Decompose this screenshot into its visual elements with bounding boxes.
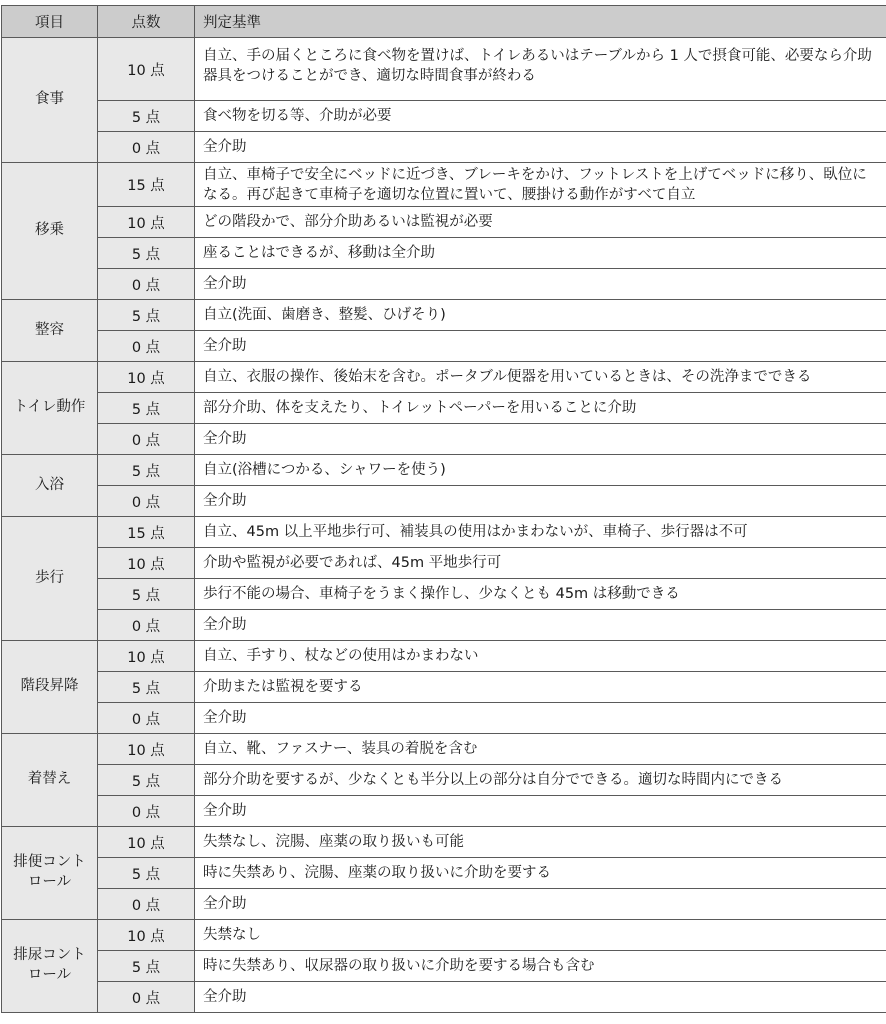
score-cell: 0 点 bbox=[98, 796, 195, 827]
item-label: 入浴 bbox=[35, 477, 64, 493]
item-label: 移乗 bbox=[35, 222, 64, 238]
criteria-cell: 自立(洗面、歯磨き、整髪、ひげそり) bbox=[195, 300, 886, 331]
table-row: 0 点全介助 bbox=[2, 703, 886, 734]
table-body: 食事10 点自立、手の届くところに食べ物を置けば、トイレあるいはテーブルから 1… bbox=[2, 38, 886, 1013]
criteria-cell: 全介助 bbox=[195, 486, 886, 517]
criteria-cell: 全介助 bbox=[195, 982, 886, 1013]
table-row: 5 点介助または監視を要する bbox=[2, 672, 886, 703]
header-score: 点数 bbox=[98, 6, 195, 38]
criteria-cell: 介助または監視を要する bbox=[195, 672, 886, 703]
score-cell: 10 点 bbox=[98, 920, 195, 951]
table-row: 排便コントロール10 点失禁なし、浣腸、座薬の取り扱いも可能 bbox=[2, 827, 886, 858]
score-cell: 5 点 bbox=[98, 765, 195, 796]
table-row: 階段昇降10 点自立、手すり、杖などの使用はかまわない bbox=[2, 641, 886, 672]
criteria-cell: 自立、45m 以上平地歩行可、補装具の使用はかまわないが、車椅子、歩行器は不可 bbox=[195, 517, 886, 548]
criteria-cell: 部分介助、体を支えたり、トイレットペーパーを用いることに介助 bbox=[195, 393, 886, 424]
table-row: 5 点時に失禁あり、収尿器の取り扱いに介助を要する場合も含む bbox=[2, 951, 886, 982]
item-cell: 着替え bbox=[2, 734, 98, 827]
criteria-cell: 自立(浴槽につかる、シャワーを使う) bbox=[195, 455, 886, 486]
score-cell: 10 点 bbox=[98, 734, 195, 765]
score-cell: 5 点 bbox=[98, 672, 195, 703]
criteria-cell: 失禁なし、浣腸、座薬の取り扱いも可能 bbox=[195, 827, 886, 858]
criteria-cell: 時に失禁あり、収尿器の取り扱いに介助を要する場合も含む bbox=[195, 951, 886, 982]
table-row: 歩行15 点自立、45m 以上平地歩行可、補装具の使用はかまわないが、車椅子、歩… bbox=[2, 517, 886, 548]
item-label: 階段昇降 bbox=[21, 678, 79, 694]
table-row: 0 点全介助 bbox=[2, 610, 886, 641]
score-cell: 0 点 bbox=[98, 889, 195, 920]
table-row: 5 点食べ物を切る等、介助が必要 bbox=[2, 101, 886, 132]
score-cell: 10 点 bbox=[98, 362, 195, 393]
table-row: 5 点時に失禁あり、浣腸、座薬の取り扱いに介助を要する bbox=[2, 858, 886, 889]
table-row: 10 点介助や監視が必要であれば、45m 平地歩行可 bbox=[2, 548, 886, 579]
criteria-cell: 自立、手の届くところに食べ物を置けば、トイレあるいはテーブルから 1 人で摂食可… bbox=[195, 38, 886, 101]
score-cell: 5 点 bbox=[98, 393, 195, 424]
table-row: トイレ動作10 点自立、衣服の操作、後始末を含む。ポータブル便器を用いているとき… bbox=[2, 362, 886, 393]
score-cell: 5 点 bbox=[98, 858, 195, 889]
score-cell: 0 点 bbox=[98, 269, 195, 300]
barthel-index-table: 項目 点数 判定基準 食事10 点自立、手の届くところに食べ物を置けば、トイレあ… bbox=[1, 5, 886, 1013]
criteria-cell: 全介助 bbox=[195, 703, 886, 734]
table-row: 整容5 点自立(洗面、歯磨き、整髪、ひげそり) bbox=[2, 300, 886, 331]
criteria-cell: 全介助 bbox=[195, 796, 886, 827]
criteria-cell: 全介助 bbox=[195, 424, 886, 455]
score-cell: 5 点 bbox=[98, 951, 195, 982]
item-label: 整容 bbox=[35, 322, 64, 338]
table-row: 0 点全介助 bbox=[2, 132, 886, 163]
criteria-cell: 自立、車椅子で安全にベッドに近づき、ブレーキをかけ、フットレストを上げてベッドに… bbox=[195, 163, 886, 207]
score-cell: 15 点 bbox=[98, 517, 195, 548]
score-cell: 0 点 bbox=[98, 982, 195, 1013]
header-row: 項目 点数 判定基準 bbox=[2, 6, 886, 38]
item-cell: 排便コントロール bbox=[2, 827, 98, 920]
score-cell: 5 点 bbox=[98, 300, 195, 331]
criteria-cell: 全介助 bbox=[195, 889, 886, 920]
score-cell: 5 点 bbox=[98, 101, 195, 132]
table-row: 移乗15 点自立、車椅子で安全にベッドに近づき、ブレーキをかけ、フットレストを上… bbox=[2, 163, 886, 207]
score-cell: 5 点 bbox=[98, 455, 195, 486]
item-label: 食事 bbox=[35, 91, 64, 107]
table-row: 0 点全介助 bbox=[2, 889, 886, 920]
item-label: トイレ動作 bbox=[14, 399, 86, 415]
table-row: 0 点全介助 bbox=[2, 269, 886, 300]
criteria-cell: 時に失禁あり、浣腸、座薬の取り扱いに介助を要する bbox=[195, 858, 886, 889]
score-cell: 0 点 bbox=[98, 486, 195, 517]
table-row: 5 点座ることはできるが、移動は全介助 bbox=[2, 238, 886, 269]
item-cell: 整容 bbox=[2, 300, 98, 362]
item-cell: トイレ動作 bbox=[2, 362, 98, 455]
item-cell: 歩行 bbox=[2, 517, 98, 641]
table-row: 10 点どの階段かで、部分介助あるいは監視が必要 bbox=[2, 207, 886, 238]
table-row: 0 点全介助 bbox=[2, 331, 886, 362]
score-cell: 5 点 bbox=[98, 579, 195, 610]
table-row: 排尿コントロール10 点失禁なし bbox=[2, 920, 886, 951]
criteria-cell: 全介助 bbox=[195, 331, 886, 362]
criteria-cell: 全介助 bbox=[195, 269, 886, 300]
score-cell: 0 点 bbox=[98, 703, 195, 734]
score-cell: 0 点 bbox=[98, 331, 195, 362]
score-cell: 15 点 bbox=[98, 163, 195, 207]
criteria-cell: 食べ物を切る等、介助が必要 bbox=[195, 101, 886, 132]
criteria-cell: 自立、衣服の操作、後始末を含む。ポータブル便器を用いているときは、その洗浄までで… bbox=[195, 362, 886, 393]
item-label-line: 排尿コント bbox=[2, 946, 97, 966]
criteria-cell: 部分介助を要するが、少なくとも半分以上の部分は自分でできる。適切な時間内にできる bbox=[195, 765, 886, 796]
table-row: 着替え10 点自立、靴、ファスナー、装具の着脱を含む bbox=[2, 734, 886, 765]
table-row: 0 点全介助 bbox=[2, 982, 886, 1013]
item-label: 着替え bbox=[28, 771, 72, 787]
criteria-cell: 介助や監視が必要であれば、45m 平地歩行可 bbox=[195, 548, 886, 579]
item-cell: 入浴 bbox=[2, 455, 98, 517]
criteria-cell: 全介助 bbox=[195, 610, 886, 641]
score-cell: 10 点 bbox=[98, 548, 195, 579]
table-row: 5 点部分介助、体を支えたり、トイレットペーパーを用いることに介助 bbox=[2, 393, 886, 424]
criteria-cell: 歩行不能の場合、車椅子をうまく操作し、少なくとも 45m は移動できる bbox=[195, 579, 886, 610]
score-cell: 10 点 bbox=[98, 641, 195, 672]
item-label-line: ロール bbox=[2, 873, 97, 893]
score-cell: 10 点 bbox=[98, 827, 195, 858]
table-row: 5 点歩行不能の場合、車椅子をうまく操作し、少なくとも 45m は移動できる bbox=[2, 579, 886, 610]
criteria-cell: 失禁なし bbox=[195, 920, 886, 951]
score-cell: 10 点 bbox=[98, 38, 195, 101]
item-label-line: ロール bbox=[2, 966, 97, 986]
table-row: 入浴5 点自立(浴槽につかる、シャワーを使う) bbox=[2, 455, 886, 486]
score-cell: 0 点 bbox=[98, 610, 195, 641]
criteria-cell: 座ることはできるが、移動は全介助 bbox=[195, 238, 886, 269]
score-cell: 0 点 bbox=[98, 424, 195, 455]
item-cell: 階段昇降 bbox=[2, 641, 98, 734]
criteria-cell: 自立、手すり、杖などの使用はかまわない bbox=[195, 641, 886, 672]
table-row: 食事10 点自立、手の届くところに食べ物を置けば、トイレあるいはテーブルから 1… bbox=[2, 38, 886, 101]
table-row: 0 点全介助 bbox=[2, 796, 886, 827]
table-row: 0 点全介助 bbox=[2, 424, 886, 455]
table-row: 0 点全介助 bbox=[2, 486, 886, 517]
criteria-cell: どの階段かで、部分介助あるいは監視が必要 bbox=[195, 207, 886, 238]
header-item: 項目 bbox=[2, 6, 98, 38]
criteria-cell: 自立、靴、ファスナー、装具の着脱を含む bbox=[195, 734, 886, 765]
criteria-cell: 全介助 bbox=[195, 132, 886, 163]
item-cell: 移乗 bbox=[2, 163, 98, 300]
score-cell: 5 点 bbox=[98, 238, 195, 269]
table-row: 5 点部分介助を要するが、少なくとも半分以上の部分は自分でできる。適切な時間内に… bbox=[2, 765, 886, 796]
score-cell: 10 点 bbox=[98, 207, 195, 238]
item-cell: 食事 bbox=[2, 38, 98, 163]
item-label: 歩行 bbox=[35, 570, 64, 586]
item-label-line: 排便コント bbox=[2, 853, 97, 873]
item-cell: 排尿コントロール bbox=[2, 920, 98, 1013]
score-cell: 0 点 bbox=[98, 132, 195, 163]
header-criteria: 判定基準 bbox=[195, 6, 886, 38]
